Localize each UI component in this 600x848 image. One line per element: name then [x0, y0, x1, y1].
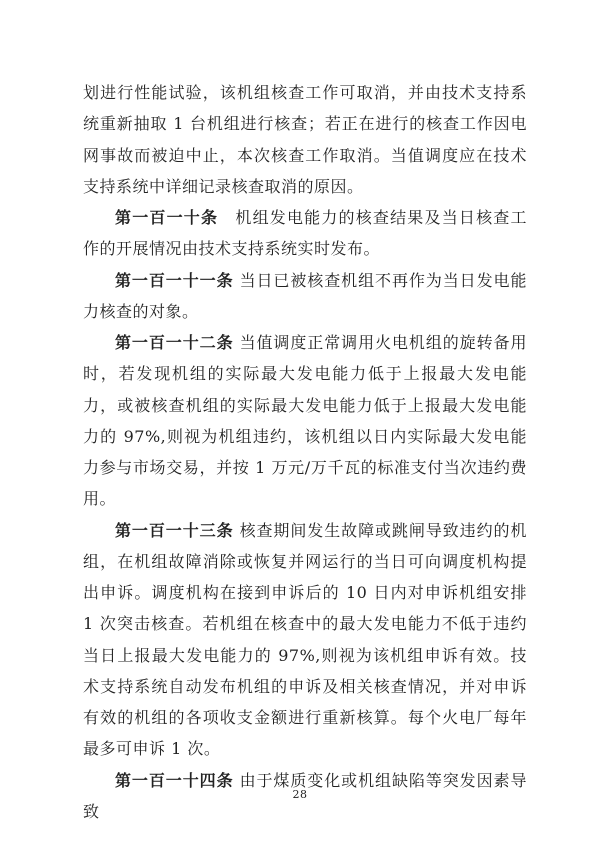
- article-number: 第一百一十三条: [115, 521, 234, 540]
- document-page: 划进行性能试验，该机组核查工作可取消，并由技术支持系统重新抽取 1 台机组进行核…: [0, 0, 600, 848]
- article-paragraph: 第一百一十一条 当日已被核查机组不再作为当日发电能力核查的对象。: [83, 265, 527, 328]
- document-body: 划进行性能试验，该机组核查工作可取消，并由技术支持系统重新抽取 1 台机组进行核…: [83, 77, 527, 827]
- continuation-paragraph: 划进行性能试验，该机组核查工作可取消，并由技术支持系统重新抽取 1 台机组进行核…: [83, 77, 527, 202]
- article-number: 第一百一十四条: [115, 771, 234, 790]
- article-number: 第一百一十一条: [115, 271, 234, 290]
- article-number: 第一百一十条: [115, 208, 218, 227]
- article-paragraph: 第一百一十二条 当值调度正常调用火电机组的旋转备用时，若发现机组的实际最大发电能…: [83, 327, 527, 515]
- page-number: 28: [0, 788, 600, 801]
- article-text: 核查期间发生故障或跳闸导致违约的机组，在机组故障消除或恢复并网运行的当日可向调度…: [83, 521, 527, 759]
- article-number: 第一百一十二条: [115, 333, 234, 352]
- article-paragraph: 第一百一十条 机组发电能力的核查结果及当日核查工作的开展情况由技术支持系统实时发…: [83, 202, 527, 265]
- article-text: 划进行性能试验，该机组核查工作可取消，并由技术支持系统重新抽取 1 台机组进行核…: [83, 83, 527, 196]
- article-text: 当值调度正常调用火电机组的旋转备用时，若发现机组的实际最大发电能力低于上报最大发…: [83, 333, 527, 508]
- article-paragraph: 第一百一十三条 核查期间发生故障或跳闸导致违约的机组，在机组故障消除或恢复并网运…: [83, 515, 527, 765]
